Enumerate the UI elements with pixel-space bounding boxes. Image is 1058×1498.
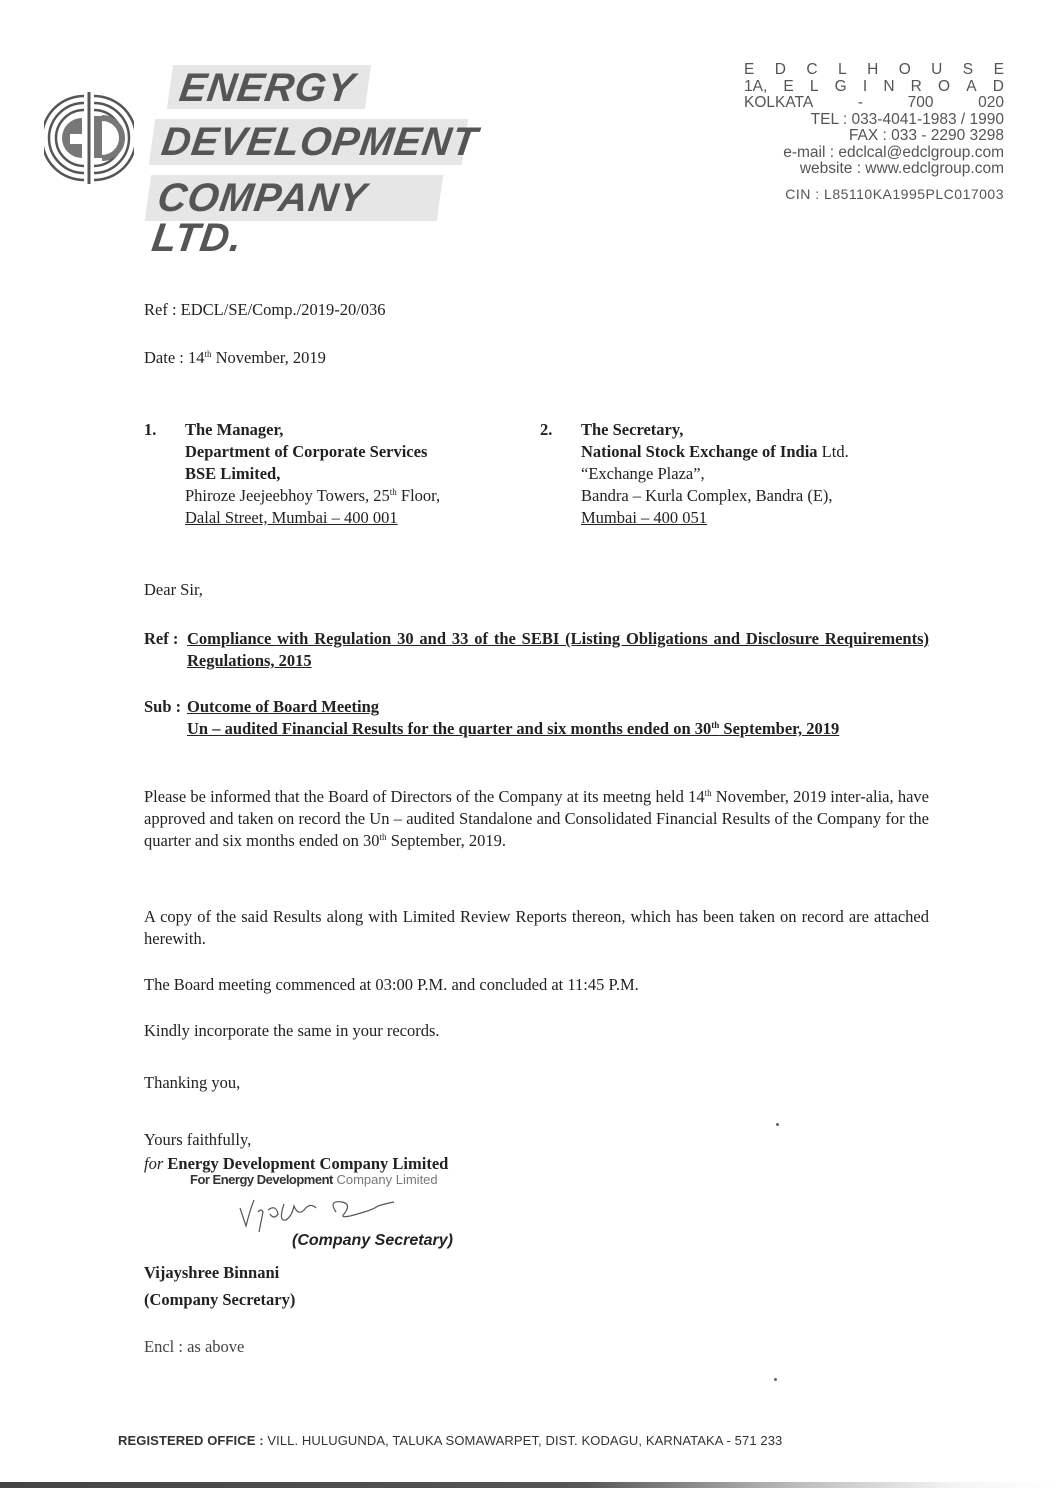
signatory-name: Vijayshree Binnani <box>144 1262 279 1284</box>
registered-office-footer: REGISTERED OFFICE : VILL. HULUGUNDA, TAL… <box>118 1433 782 1448</box>
salutation: Dear Sir, <box>144 579 203 601</box>
letterhead-address: EDCLHOUSE 1A,ELGINROAD KOLKATA-700020 TE… <box>744 62 1004 202</box>
reference-number: Ref : EDCL/SE/Comp./2019-20/036 <box>144 299 386 321</box>
body-paragraph-attachment: A copy of the said Results along with Li… <box>144 906 929 950</box>
subject-line: Sub : Outcome of Board Meeting Un – audi… <box>144 696 929 740</box>
enclosure-note: Encl : as above <box>144 1336 244 1358</box>
subject-reference: Ref : Compliance with Regulation 30 and … <box>144 628 929 672</box>
body-paragraph-approval: Please be informed that the Board of Dir… <box>144 786 929 852</box>
address-line-street: 1A,ELGINROAD <box>744 79 1004 96</box>
cin-number: CIN : L85110KA1995PLC017003 <box>744 186 1004 203</box>
fax: FAX : 033 - 2290 3298 <box>744 128 1004 145</box>
letter-date: Date : 14th November, 2019 <box>144 347 326 369</box>
logo-text-energy: ENERGY <box>167 65 371 109</box>
body-paragraph-request: Kindly incorporate the same in your reco… <box>144 1020 929 1042</box>
addressee-nse: 2. The Secretary, National Stock Exchang… <box>540 419 960 529</box>
email: e-mail : edclcal@edclgroup.com <box>744 145 1004 162</box>
stamp-designation: (Company Secretary) <box>292 1232 453 1250</box>
telephone: TEL : 033-4041-1983 / 1990 <box>744 112 1004 129</box>
scan-speck <box>774 1378 777 1381</box>
company-logo-icon <box>44 88 134 188</box>
logo-text-company-ltd: COMPANY LTD. <box>145 175 443 221</box>
logo-text-development: DEVELOPMENT <box>149 119 468 165</box>
address-line-city: KOLKATA-700020 <box>744 95 1004 112</box>
signatory-title: (Company Secretary) <box>144 1289 295 1311</box>
footer-rule <box>0 1482 1058 1488</box>
addressee-bse: 1. The Manager, Department of Corporate … <box>144 419 524 529</box>
closing-faithfully: Yours faithfully, <box>144 1129 929 1151</box>
company-stamp: For Energy Development Company Limited <box>190 1172 438 1187</box>
website: website : www.edclgroup.com <box>744 161 1004 178</box>
scan-speck <box>776 1123 779 1126</box>
closing-thanks: Thanking you, <box>144 1072 929 1094</box>
address-line-building: EDCLHOUSE <box>744 62 1004 79</box>
body-paragraph-meeting-time: The Board meeting commenced at 03:00 P.M… <box>144 974 929 996</box>
